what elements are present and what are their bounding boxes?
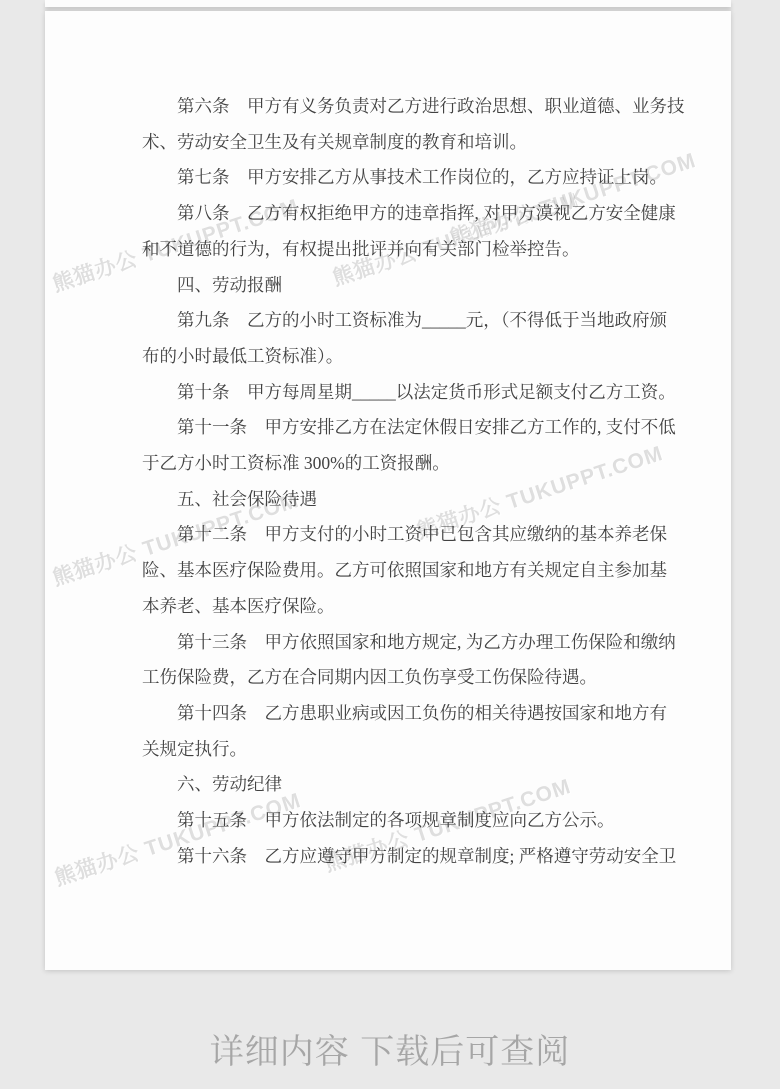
text-line: 第八条 乙方有权拒绝甲方的违章指挥, 对甲方漠视乙方安全健康 [142,196,681,232]
text-line: 工伤保险费，乙方在合同期内因工负伤享受工伤保险待遇。 [142,660,681,696]
text-line: 第十三条 甲方依照国家和地方规定, 为乙方办理工伤保险和缴纳 [142,625,681,661]
document-body: 第六条 甲方有义务负责对乙方进行政治思想、职业道德、业务技术、劳动安全卫生及有关… [142,89,681,874]
previous-page-edge [45,0,731,7]
footer-caption: 详细内容 下载后可查阅 [210,1024,570,1073]
text-line: 第十四条 乙方患职业病或因工负伤的相关待遇按国家和地方有 [142,696,681,732]
text-line: 五、社会保险待遇 [142,482,681,518]
text-line: 和不道德的行为，有权提出批评并向有关部门检举控告。 [142,232,681,268]
text-line: 本养老、基本医疗保险。 [142,589,681,625]
text-line: 第九条 乙方的小时工资标准为_____元，（不得低于当地政府颁 [142,303,681,339]
text-line: 六、劳动纪律 [142,767,681,803]
text-line: 第十五条 甲方依法制定的各项规章制度应向乙方公示。 [142,803,681,839]
text-line: 术、劳动安全卫生及有关规章制度的教育和培训。 [142,125,681,161]
footer-bar: 详细内容 下载后可查阅 [0,1008,780,1089]
document-page: 熊猫办公 TUKUPPT.COM熊猫办公 TUKUPPT.COM熊猫办公 TUK… [45,11,731,970]
text-line: 布的小时最低工资标准）。 [142,339,681,375]
text-line: 第七条 甲方安排乙方从事技术工作岗位的，乙方应持证上岗。 [142,160,681,196]
text-line: 第十六条 乙方应遵守甲方制定的规章制度; 严格遵守劳动安全卫 [142,839,681,875]
text-line: 第十条 甲方每周星期_____以法定货币形式足额支付乙方工资。 [142,375,681,411]
text-line: 四、劳动报酬 [142,268,681,304]
text-line: 第十一条 甲方安排乙方在法定休假日安排乙方工作的, 支付不低 [142,410,681,446]
text-line: 关规定执行。 [142,732,681,768]
text-line: 第六条 甲方有义务负责对乙方进行政治思想、职业道德、业务技 [142,89,681,125]
text-line: 于乙方小时工资标准 300%的工资报酬。 [142,446,681,482]
text-line: 第十二条 甲方支付的小时工资中已包含其应缴纳的基本养老保 [142,517,681,553]
text-line: 险、基本医疗保险费用。乙方可依照国家和地方有关规定自主参加基 [142,553,681,589]
page-background: 熊猫办公 TUKUPPT.COM熊猫办公 TUKUPPT.COM熊猫办公 TUK… [0,0,780,1089]
